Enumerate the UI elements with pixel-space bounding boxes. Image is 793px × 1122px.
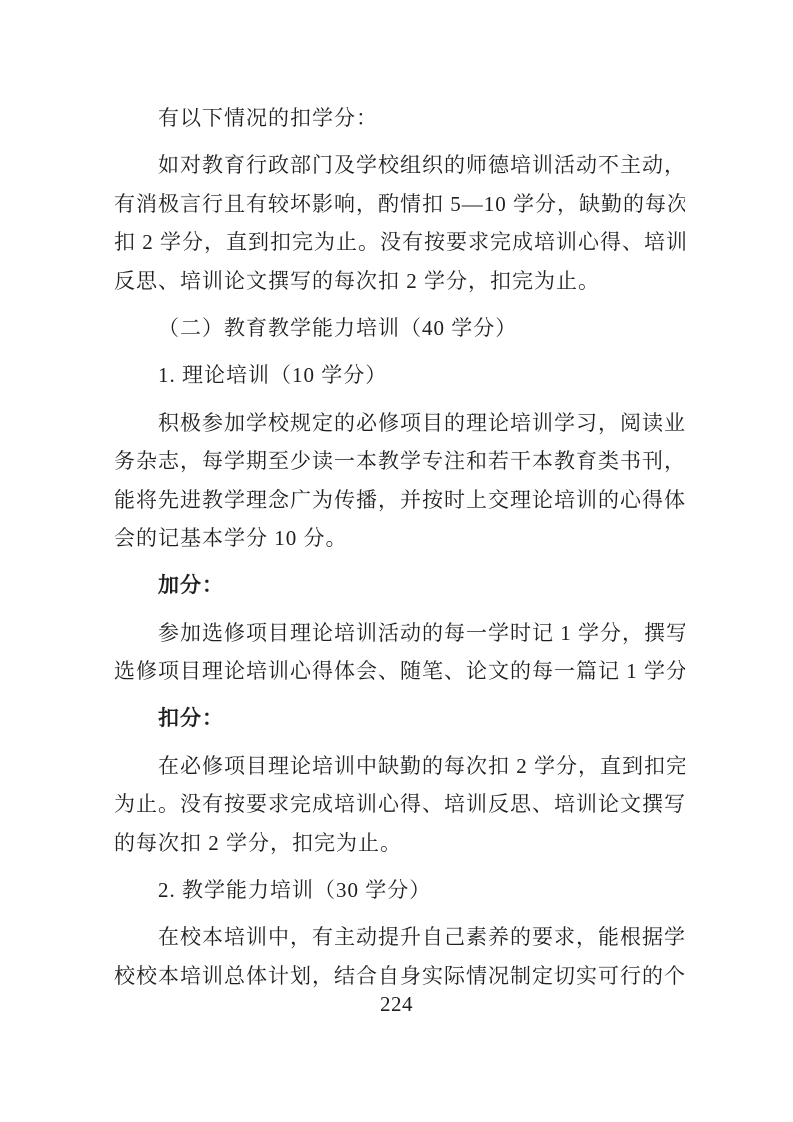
section-heading: 1. 理论培训（10 学分）: [114, 356, 685, 394]
paragraph: 在必修项目理论培训中缺勤的每次扣 2 学分，直到扣完为止。没有按要求完成培训心得…: [114, 747, 685, 862]
paragraph: 参加选修项目理论培训活动的每一学时记 1 学分，撰写选修项目理论培训心得体会、随…: [114, 614, 685, 691]
bold-subheading: 扣分：: [114, 699, 685, 737]
text-line: 扣分：: [114, 699, 685, 737]
text-line: 为止。没有按要求完成培训心得、培训反思、培训论文撰写: [114, 785, 685, 823]
text-line: 扣 2 学分，直到扣完为止。没有按要求完成培训心得、培训: [114, 223, 685, 261]
document-page: 有以下情况的扣学分：如对教育行政部门及学校组织的师德培训活动不主动，有消极言行且…: [0, 0, 793, 1122]
section-heading: （二）教育教学能力培训（40 学分）: [114, 309, 685, 347]
paragraph: 在校本培训中，有主动提升自己素养的要求，能根据学校校本培训总体计划，结合自身实际…: [114, 918, 685, 995]
text-line: 务杂志，每学期至少读一本教学专注和若干本教育类书刊，: [114, 442, 685, 480]
paragraph: 积极参加学校规定的必修项目的理论培训学习，阅读业务杂志，每学期至少读一本教学专注…: [114, 404, 685, 558]
section-heading: 2. 教学能力培训（30 学分）: [114, 871, 685, 909]
text-line: 的每次扣 2 学分，扣完为止。: [114, 824, 685, 862]
paragraph: 如对教育行政部门及学校组织的师德培训活动不主动，有消极言行且有较坏影响，酌情扣 …: [114, 146, 685, 300]
text-line: 有以下情况的扣学分：: [114, 99, 685, 137]
text-line: 1. 理论培训（10 学分）: [114, 356, 685, 394]
text-line: 积极参加学校规定的必修项目的理论培训学习，阅读业: [114, 404, 685, 442]
text-line: 加分：: [114, 566, 685, 604]
page-number: 224: [0, 989, 793, 1019]
text-line: 在校本培训中，有主动提升自己素养的要求，能根据学: [114, 918, 685, 956]
text-line: 在必修项目理论培训中缺勤的每次扣 2 学分，直到扣完: [114, 747, 685, 785]
bold-subheading: 加分：: [114, 566, 685, 604]
text-line: （二）教育教学能力培训（40 学分）: [114, 309, 685, 347]
text-line: 2. 教学能力培训（30 学分）: [114, 871, 685, 909]
text-line: 会的记基本学分 10 分。: [114, 519, 685, 557]
text-line: 反思、培训论文撰写的每次扣 2 学分，扣完为止。: [114, 262, 685, 300]
paragraph: 有以下情况的扣学分：: [114, 99, 685, 137]
text-line: 能将先进教学理念广为传播，并按时上交理论培训的心得体: [114, 481, 685, 519]
document-body: 有以下情况的扣学分：如对教育行政部门及学校组织的师德培训活动不主动，有消极言行且…: [114, 99, 685, 1004]
text-line: 有消极言行且有较坏影响，酌情扣 5—10 学分，缺勤的每次: [114, 185, 685, 223]
text-line: 参加选修项目理论培训活动的每一学时记 1 学分，撰写: [114, 614, 685, 652]
text-line: 选修项目理论培训心得体会、随笔、论文的每一篇记 1 学分。: [114, 652, 685, 690]
text-line: 如对教育行政部门及学校组织的师德培训活动不主动，: [114, 146, 685, 184]
